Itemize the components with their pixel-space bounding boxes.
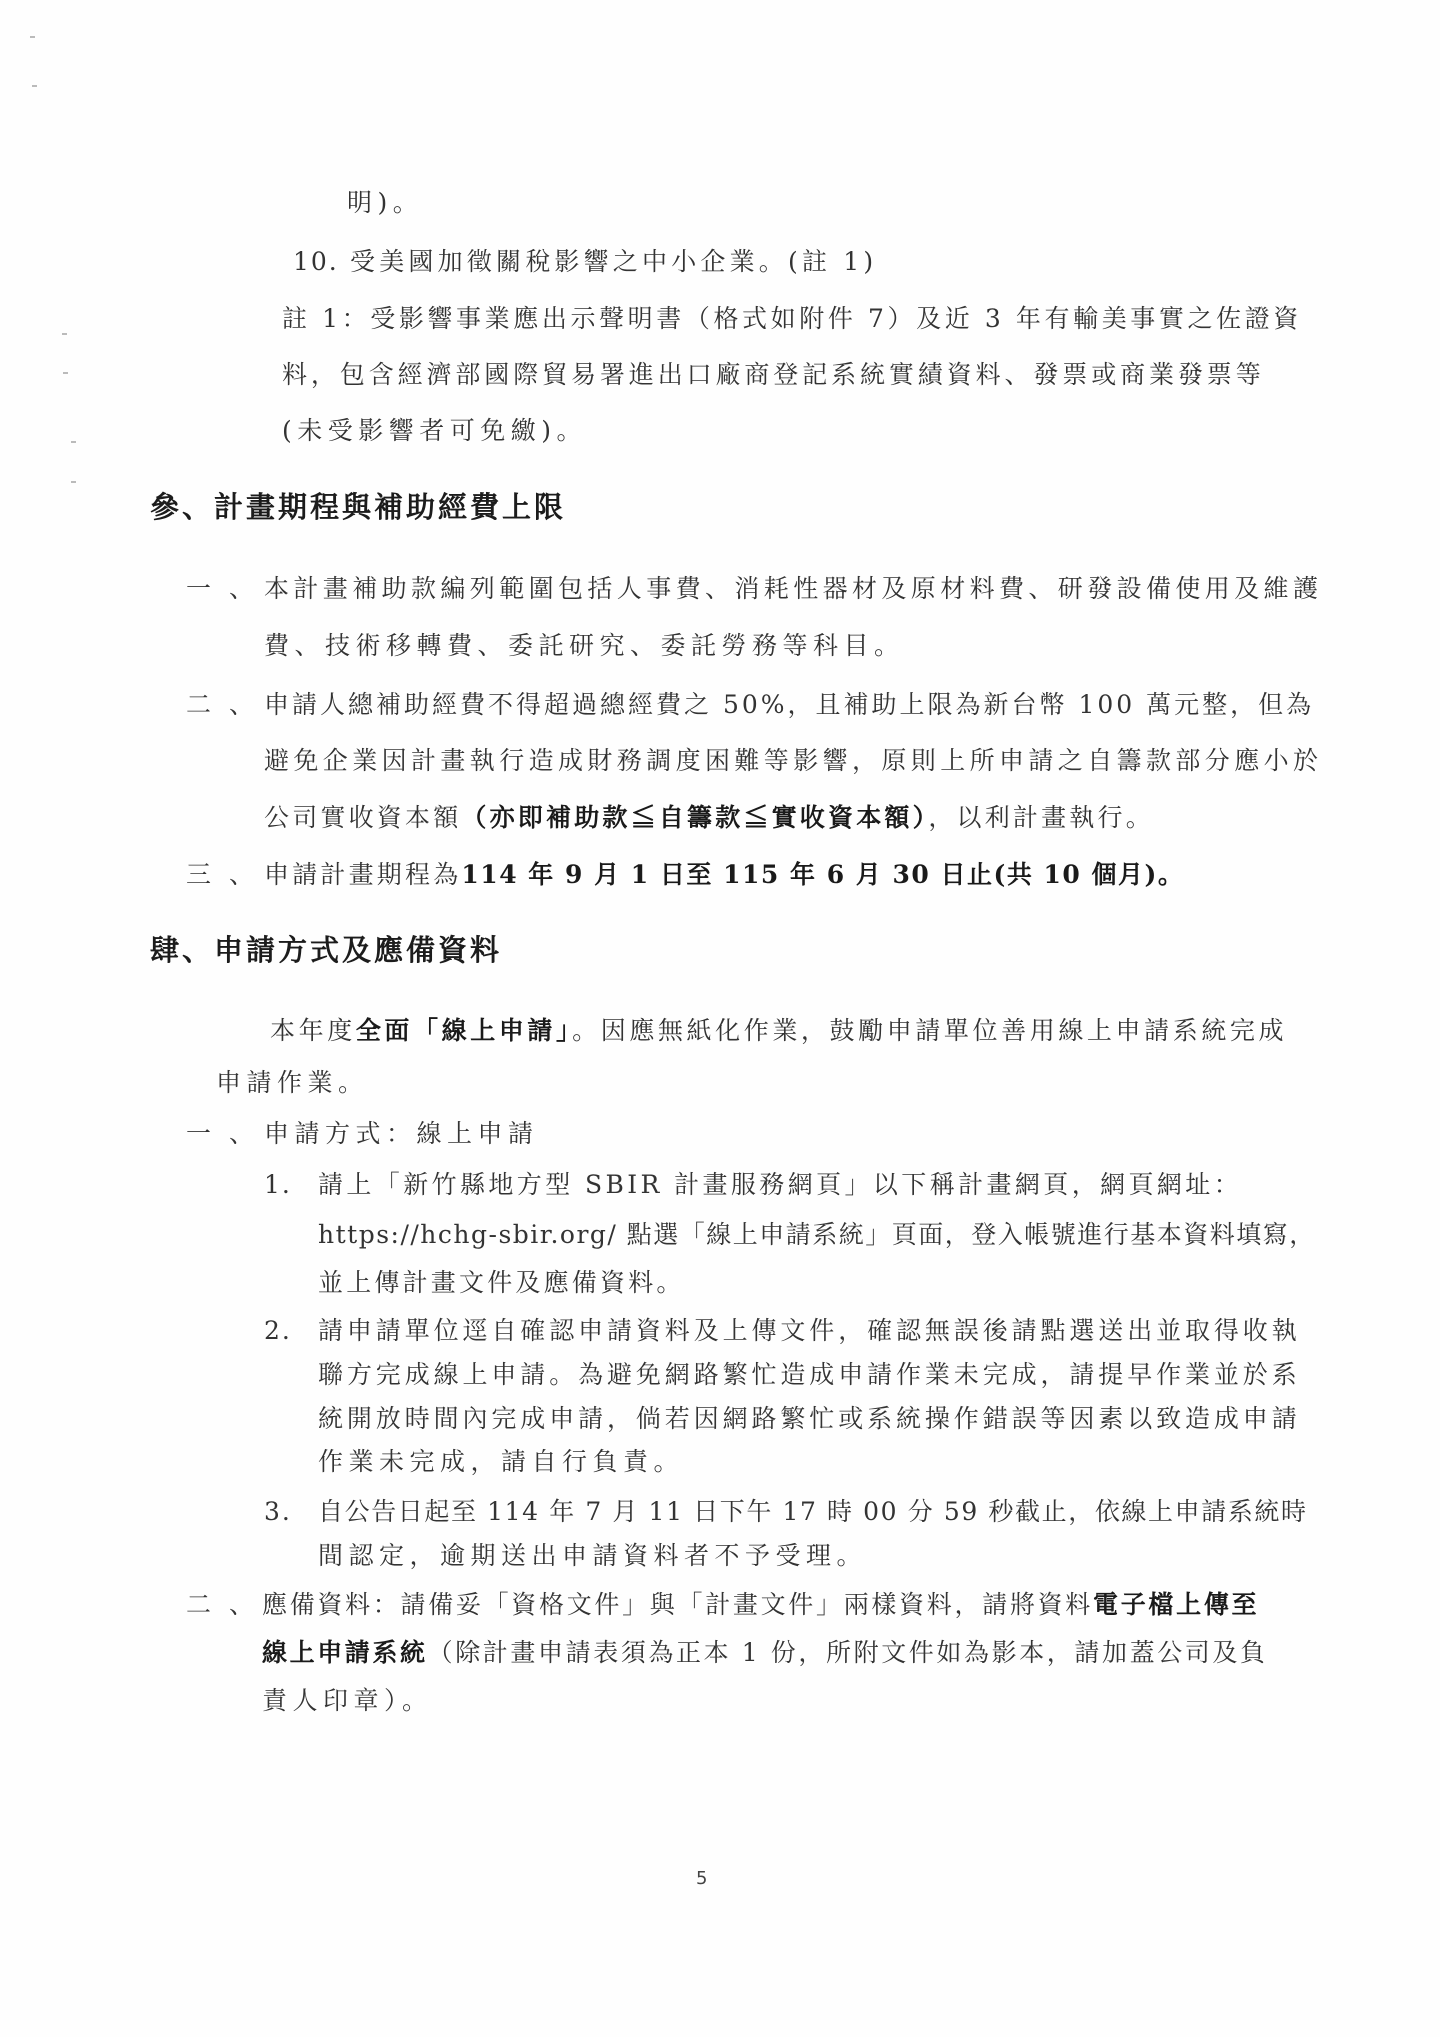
continuation-line: 明)。 — [347, 188, 423, 218]
paragraph-line: 費、技術移轉費、委託研究、委託勞務等科目。 — [264, 631, 905, 661]
text-segment: ，以利計畫執行。 — [928, 803, 1154, 832]
paragraph-line: 責人印章）。 — [262, 1686, 433, 1716]
list-number: 10. — [293, 247, 339, 277]
note-line: 註 1：受影響事業應出示聲明書（格式如附件 7）及近 3 年有輸美事實之佐證資 — [282, 304, 1302, 334]
paragraph-line: 申請作業。 — [216, 1068, 369, 1098]
eligibility-item-10: 受美國加徵關稅影響之中小企業。(註 1) — [350, 247, 877, 277]
scan-speck — [63, 372, 68, 374]
step-number: 2. — [264, 1316, 292, 1346]
paragraph-line: 申請計畫期程為114 年 9 月 1 日至 115 年 6 月 30 日止(共 … — [264, 860, 1184, 890]
paragraph-line: 本年度全面「線上申請」。因應無紙化作業，鼓勵申請單位善用線上申請系統完成 — [270, 1016, 1287, 1046]
bold-emphasis: 線上申請系統 — [262, 1638, 428, 1667]
step-number: 1. — [264, 1170, 292, 1200]
bold-emphasis: （亦即補助款≦自籌款≦實收資本額） — [461, 803, 928, 832]
section-heading: 參、計畫期程與補助經費上限 — [150, 490, 566, 524]
paragraph-line: 公司實收資本額（亦即補助款≦自籌款≦實收資本額），以利計畫執行。 — [264, 803, 1154, 833]
scan-speck — [71, 481, 76, 483]
text-segment: 。因應無紙化作業，鼓勵申請單位善用線上申請系統完成 — [572, 1016, 1287, 1045]
step-line: 並上傳計畫文件及應備資料。 — [318, 1268, 685, 1298]
item-marker: 一、 — [186, 1119, 272, 1149]
subsection-title: 申請方式：線上申請 — [264, 1119, 539, 1149]
step-line: 間認定，逾期送出申請資料者不予受理。 — [318, 1541, 867, 1571]
section-heading: 肆、申請方式及應備資料 — [150, 933, 502, 967]
text-segment: 本年度 — [270, 1016, 356, 1045]
paragraph-line: 避免企業因計畫執行造成財務調度困難等影響，原則上所申請之自籌款部分應小於 — [264, 746, 1322, 776]
text-segment: 申請計畫期程為 — [264, 860, 461, 889]
text-segment: （除計畫申請表須為正本 1 份，所附文件如為影本，請加蓋公司及負 — [428, 1638, 1268, 1667]
item-marker: 二、 — [186, 690, 272, 720]
step-line: 自公告日起至 114 年 7 月 11 日下午 17 時 00 分 59 秒截止… — [318, 1497, 1308, 1527]
text-segment: 公司實收資本額 — [264, 803, 461, 832]
step-number: 3. — [264, 1497, 292, 1527]
step-line: 聯方完成線上申請。為避免網路繁忙造成申請作業未完成，請提早作業並於系 — [318, 1360, 1301, 1390]
step-line: 統開放時間內完成申請，倘若因網路繁忙或系統操作錯誤等因素以致造成申請 — [318, 1404, 1301, 1434]
page-number: 5 — [696, 1868, 707, 1889]
paragraph-line: 申請人總補助經費不得超過總經費之 50%，且補助上限為新台幣 100 萬元整，但… — [264, 690, 1314, 720]
step-line: 請上「新竹縣地方型 SBIR 計畫服務網頁」以下稱計畫網頁，網頁網址： — [318, 1170, 1242, 1200]
step-line: 作業未完成，請自行負責。 — [318, 1447, 684, 1477]
bold-emphasis: 114 年 9 月 1 日至 115 年 6 月 30 日止(共 10 個月)。 — [461, 860, 1184, 889]
item-marker: 二、 — [186, 1590, 272, 1620]
item-marker: 三、 — [186, 860, 272, 890]
scan-speck — [30, 36, 35, 38]
document-page: 明)。 10. 受美國加徵關稅影響之中小企業。(註 1) 註 1：受影響事業應出… — [0, 0, 1440, 2037]
scan-speck — [71, 441, 76, 443]
item-marker: 一、 — [186, 574, 272, 604]
bold-emphasis: 全面「線上申請」 — [356, 1016, 572, 1045]
note-line: 料，包含經濟部國際貿易署進出口廠商登記系統實績資料、發票或商業發票等 — [282, 360, 1265, 390]
paragraph-line: 本計畫補助款編列範圍包括人事費、消耗性器材及原材料費、研發設備使用及維護 — [264, 574, 1322, 604]
paragraph-line: 線上申請系統（除計畫申請表須為正本 1 份，所附文件如為影本，請加蓋公司及負 — [262, 1638, 1268, 1668]
step-line: https://hchg-sbir.org/ 點選「線上申請系統」頁面，登入帳號… — [318, 1220, 1316, 1250]
scan-speck — [62, 333, 67, 335]
text-segment: 應備資料：請備妥「資格文件」與「計畫文件」兩樣資料，請將資料 — [262, 1590, 1093, 1619]
bold-emphasis: 電子檔上傳至 — [1093, 1590, 1259, 1619]
step-line: 請申請單位逕自確認申請資料及上傳文件，確認無誤後請點選送出並取得收執 — [318, 1316, 1301, 1346]
note-line: (未受影響者可免繳)。 — [282, 416, 587, 446]
scan-speck — [32, 85, 37, 87]
paragraph-line: 應備資料：請備妥「資格文件」與「計畫文件」兩樣資料，請將資料電子檔上傳至 — [262, 1590, 1259, 1620]
